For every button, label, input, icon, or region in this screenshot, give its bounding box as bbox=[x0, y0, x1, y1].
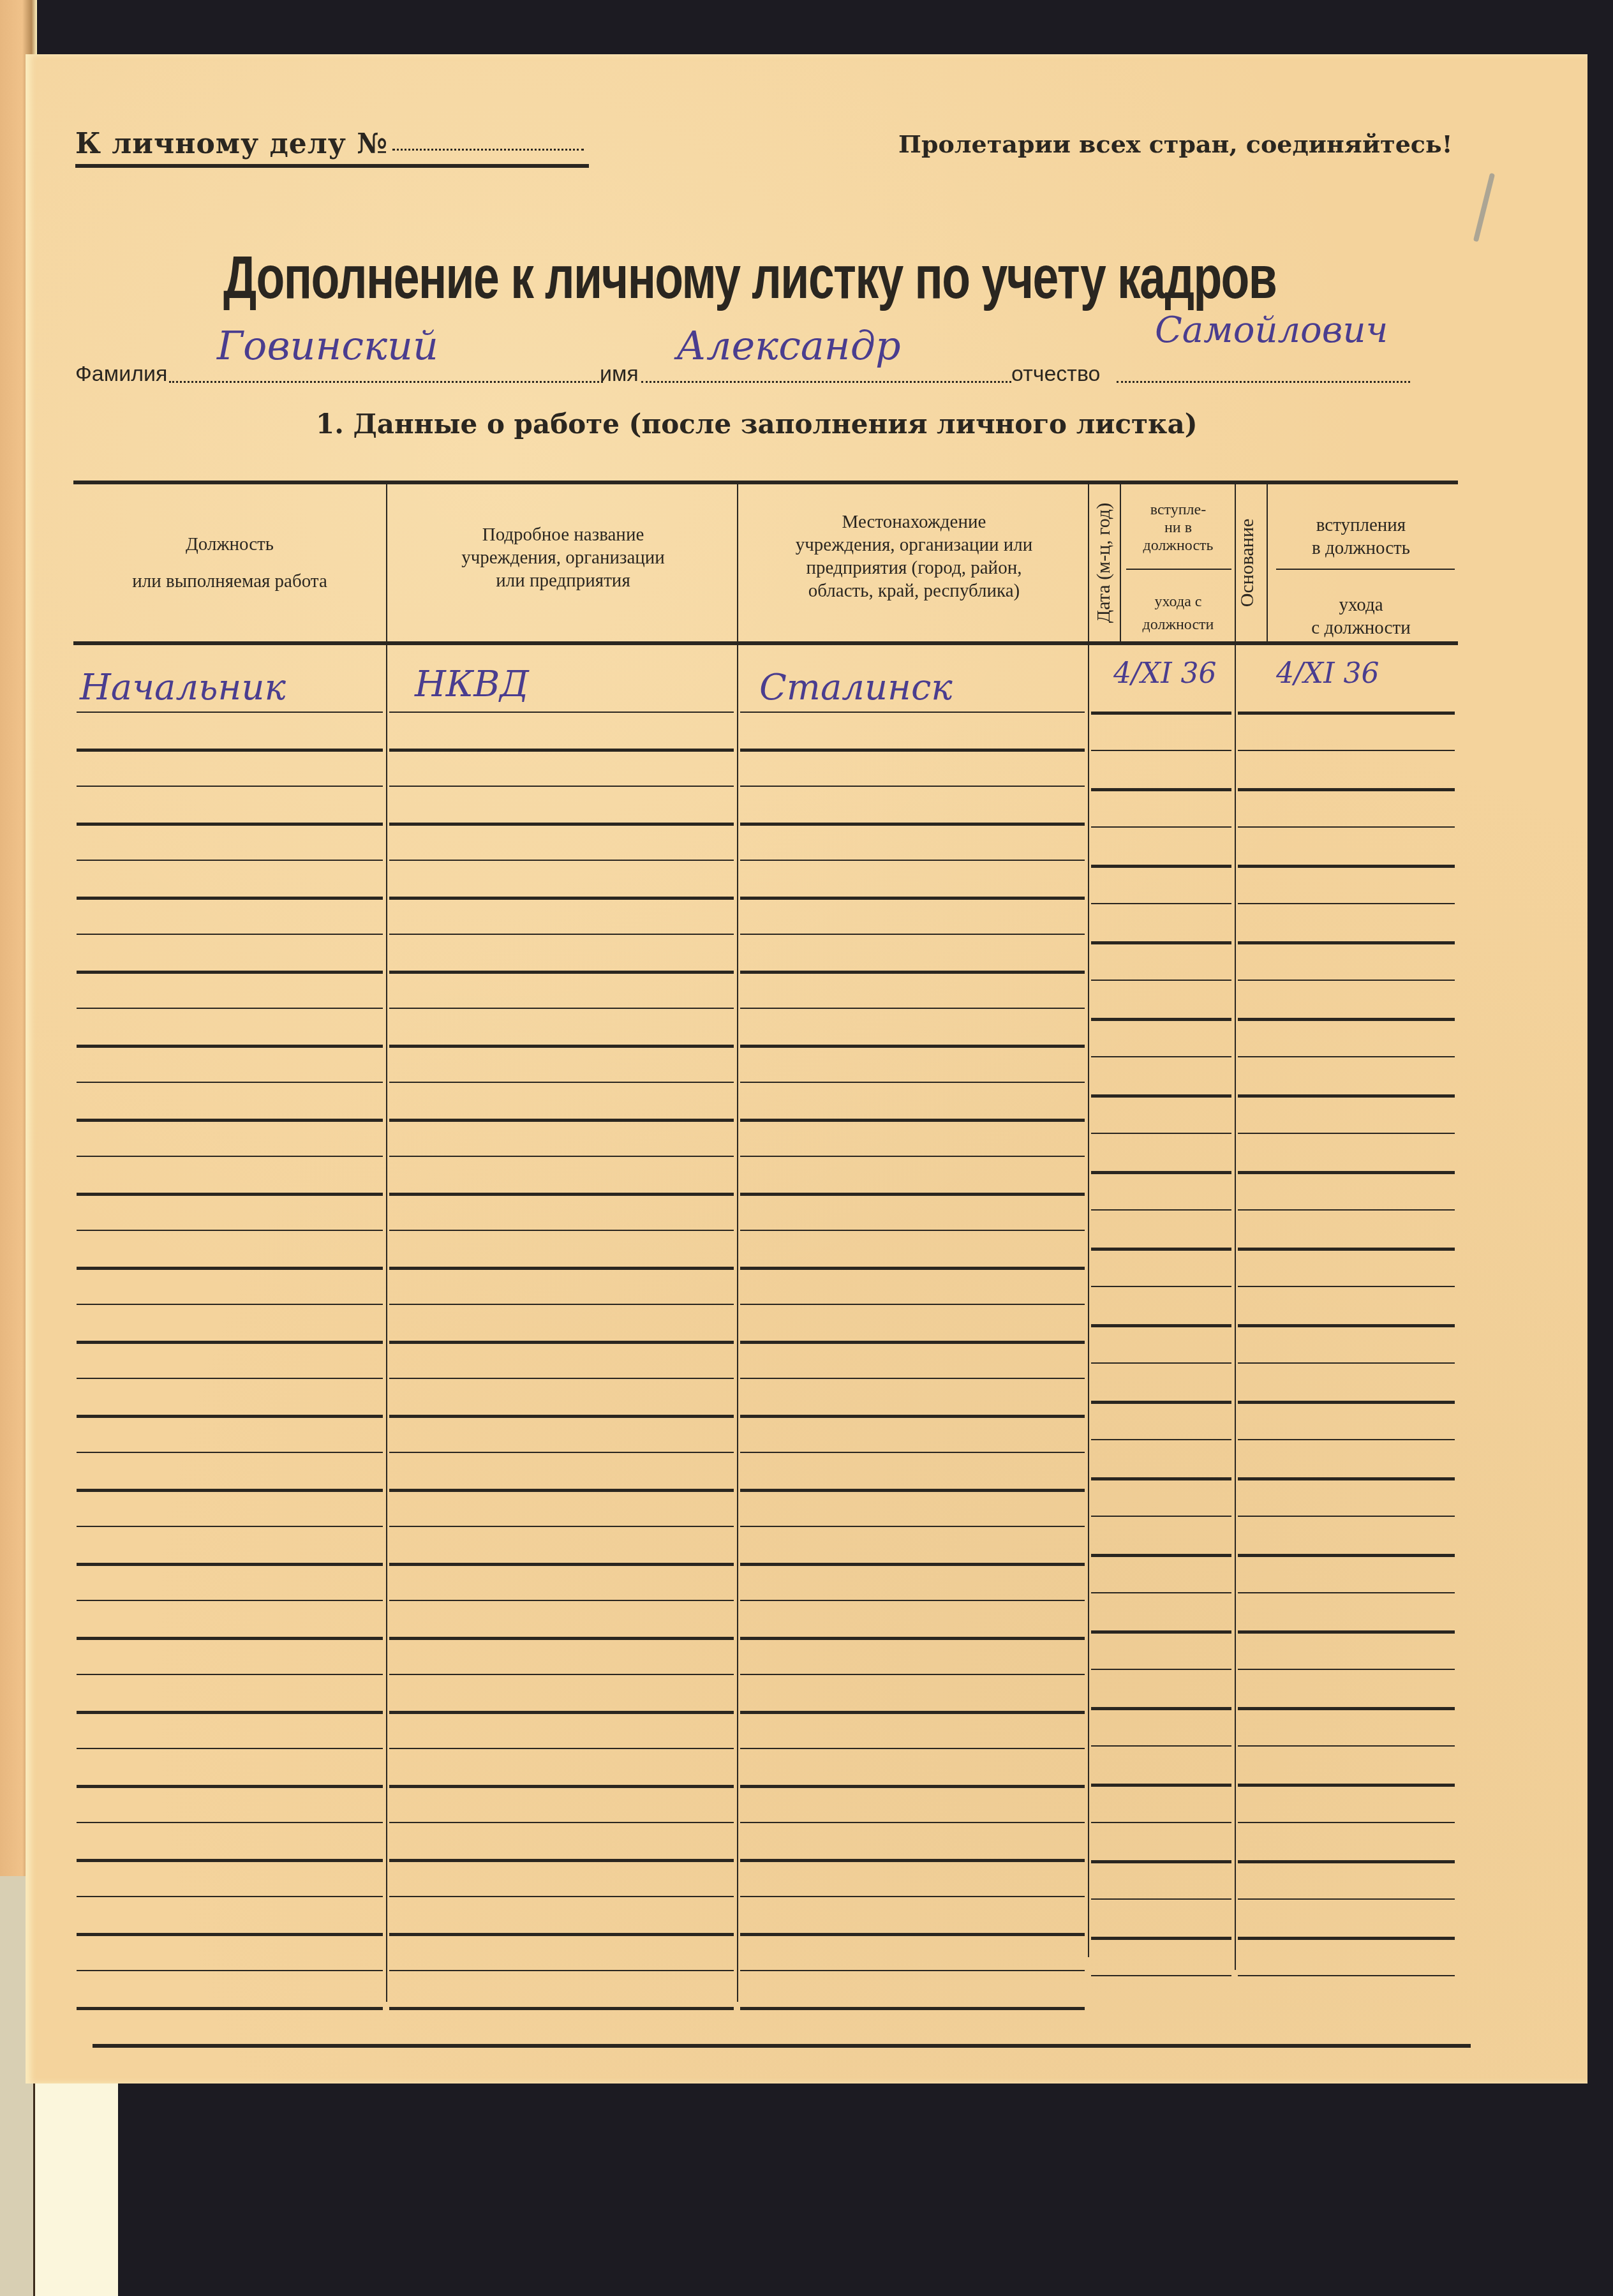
row-line bbox=[740, 1526, 1085, 1527]
row-line bbox=[389, 1378, 734, 1379]
header-date-start: вступле- ни в должность bbox=[1122, 501, 1235, 555]
row-line bbox=[1091, 1822, 1231, 1823]
row-line bbox=[1238, 1745, 1455, 1747]
row-line bbox=[740, 1637, 1085, 1640]
row-line bbox=[1238, 1975, 1455, 1976]
row-line bbox=[77, 1896, 383, 1897]
row1-position[interactable]: Начальник bbox=[80, 667, 286, 708]
header-subdivider bbox=[1276, 569, 1455, 570]
row-line bbox=[1091, 1171, 1231, 1174]
row-line bbox=[389, 1415, 734, 1418]
row-line bbox=[740, 1452, 1085, 1453]
patronymic-field[interactable] bbox=[1117, 381, 1410, 383]
patronymic-label: отчество bbox=[1011, 362, 1101, 387]
row-line bbox=[389, 1156, 734, 1157]
row-line bbox=[389, 1526, 734, 1527]
row-line bbox=[1091, 1592, 1231, 1593]
row-line bbox=[77, 1489, 383, 1492]
row-line bbox=[1238, 1554, 1455, 1557]
row-line bbox=[77, 1674, 383, 1675]
header-date-start-line2: ни в bbox=[1122, 519, 1235, 537]
row-line bbox=[77, 1822, 383, 1823]
row-line bbox=[389, 2007, 734, 2010]
row1-basis-start[interactable]: 4/XI 36 bbox=[1276, 657, 1379, 690]
surname-field[interactable] bbox=[169, 381, 603, 383]
row-line bbox=[740, 1970, 1085, 1971]
row-line bbox=[1091, 1898, 1231, 1900]
row-line bbox=[1091, 1554, 1231, 1557]
row-line bbox=[1238, 1516, 1455, 1517]
row-line bbox=[77, 897, 383, 900]
header-location-line2: учреждения, организации или bbox=[740, 533, 1088, 556]
row-line bbox=[740, 1230, 1085, 1231]
row-line bbox=[740, 1267, 1085, 1270]
header-basis-group: Основание bbox=[1237, 489, 1258, 636]
row-line bbox=[77, 749, 383, 752]
row-line bbox=[1238, 1324, 1455, 1327]
row-line bbox=[1238, 980, 1455, 981]
row-line bbox=[740, 1674, 1085, 1675]
row-line bbox=[1238, 1094, 1455, 1098]
row-line bbox=[1238, 1630, 1455, 1634]
row-line bbox=[77, 1970, 383, 1971]
row-line bbox=[77, 1341, 383, 1344]
table-header-bottom-border bbox=[73, 641, 1458, 645]
row-line bbox=[1238, 1248, 1455, 1251]
header-basis-end-line2: с должности bbox=[1268, 616, 1453, 639]
row-line bbox=[740, 1748, 1085, 1749]
row-line bbox=[740, 786, 1085, 787]
surname-value: Говинский bbox=[217, 322, 438, 369]
row-line bbox=[389, 934, 734, 935]
row-line bbox=[1238, 750, 1455, 751]
header-location: Местонахождение учреждения, организации … bbox=[740, 511, 1088, 602]
row-line bbox=[389, 749, 734, 752]
header-date-group: Дата (м-ц, год) bbox=[1093, 480, 1115, 646]
header-basis-start: вступления в должность bbox=[1268, 514, 1453, 560]
row-line bbox=[740, 823, 1085, 826]
row-line bbox=[740, 1156, 1085, 1157]
header-position-line2: или выполняемая работа bbox=[73, 570, 386, 593]
row-line bbox=[740, 712, 1085, 713]
row-line bbox=[1091, 1248, 1231, 1251]
row-line bbox=[1091, 865, 1231, 868]
row-line bbox=[740, 1600, 1085, 1601]
row-line bbox=[389, 860, 734, 861]
row-line bbox=[77, 1933, 383, 1936]
row-line bbox=[1091, 1630, 1231, 1634]
row1-location[interactable]: Сталинск bbox=[759, 667, 953, 708]
row-line bbox=[1091, 826, 1231, 828]
row-line bbox=[77, 1859, 383, 1862]
header-date-start-line1: вступле- bbox=[1122, 501, 1235, 519]
row-line bbox=[740, 1119, 1085, 1122]
row-line bbox=[1091, 941, 1231, 944]
name-value: Александр bbox=[676, 322, 901, 369]
name-field[interactable] bbox=[641, 381, 1011, 383]
header-date-start-line3: должность bbox=[1122, 537, 1235, 555]
header-organization: Подробное название учреждения, организац… bbox=[389, 523, 737, 592]
case-number-field[interactable] bbox=[392, 149, 584, 151]
row-line bbox=[389, 1748, 734, 1749]
row-line bbox=[1238, 712, 1455, 715]
row-line bbox=[389, 1267, 734, 1270]
header-basis-start-line1: вступления bbox=[1268, 514, 1453, 537]
header-position: Должность или выполняемая работа bbox=[73, 533, 386, 593]
row-line bbox=[740, 934, 1085, 935]
column-divider bbox=[1267, 483, 1268, 643]
row-line bbox=[1091, 1707, 1231, 1710]
row-line bbox=[740, 1378, 1085, 1379]
row-line bbox=[740, 1415, 1085, 1418]
row1-organization[interactable]: НКВД bbox=[415, 664, 529, 705]
header-organization-line1: Подробное название bbox=[389, 523, 737, 546]
section-title: 1. Данные о работе (после заполнения лич… bbox=[316, 408, 1198, 440]
row-line bbox=[740, 1193, 1085, 1196]
row-line bbox=[77, 1415, 383, 1418]
row-line bbox=[389, 1045, 734, 1048]
row-line bbox=[1238, 1171, 1455, 1174]
column-divider bbox=[386, 483, 387, 2002]
column-divider bbox=[1088, 483, 1089, 1957]
row-line bbox=[1238, 1822, 1455, 1823]
row-line bbox=[1091, 980, 1231, 981]
row-line bbox=[1091, 1669, 1231, 1670]
row-line bbox=[1091, 1975, 1231, 1976]
row-line bbox=[77, 1156, 383, 1157]
row-line bbox=[389, 1304, 734, 1305]
row-line bbox=[1091, 1362, 1231, 1364]
row-line bbox=[389, 1082, 734, 1083]
header-date-end-line2: должности bbox=[1122, 613, 1235, 636]
row-line bbox=[1091, 1937, 1231, 1940]
row-line bbox=[389, 971, 734, 974]
row-line bbox=[389, 1674, 734, 1675]
row-line bbox=[1091, 1056, 1231, 1057]
row-line bbox=[1238, 1286, 1455, 1287]
document-page: К личному делу № Пролетарии всех стран, … bbox=[26, 54, 1587, 2084]
row-line bbox=[740, 1341, 1085, 1344]
row-line bbox=[389, 1563, 734, 1566]
header-organization-line2: учреждения, организации bbox=[389, 546, 737, 569]
row-line bbox=[77, 971, 383, 974]
row-line bbox=[1091, 1094, 1231, 1098]
row-line bbox=[1238, 1477, 1455, 1480]
row-line bbox=[740, 1896, 1085, 1897]
row-line bbox=[77, 786, 383, 787]
row-line bbox=[1091, 1860, 1231, 1863]
row-line bbox=[77, 1563, 383, 1566]
row-line bbox=[77, 1526, 383, 1527]
row-line bbox=[389, 1970, 734, 1971]
row-line bbox=[77, 934, 383, 935]
row-line bbox=[1091, 1286, 1231, 1287]
document-title: Дополнение к личному листку по учету кад… bbox=[223, 243, 1276, 312]
row-line bbox=[1091, 750, 1231, 751]
row1-date-start[interactable]: 4/XI 36 bbox=[1113, 657, 1217, 690]
row-line bbox=[77, 1193, 383, 1196]
column-divider bbox=[1120, 483, 1121, 643]
row-line bbox=[77, 1045, 383, 1048]
row-line bbox=[389, 786, 734, 787]
row-line bbox=[1238, 1209, 1455, 1211]
row-line bbox=[77, 1637, 383, 1640]
row-line bbox=[740, 749, 1085, 752]
row-line bbox=[740, 1822, 1085, 1823]
row-line bbox=[740, 1082, 1085, 1083]
row-line bbox=[389, 1600, 734, 1601]
row-line bbox=[389, 1711, 734, 1714]
row-line bbox=[1091, 1018, 1231, 1021]
row-line bbox=[389, 1119, 734, 1122]
header-organization-line3: или предприятия bbox=[389, 569, 737, 592]
row-line bbox=[1091, 1324, 1231, 1327]
row-line bbox=[389, 1230, 734, 1231]
header-date-end-line1: ухода с bbox=[1122, 590, 1235, 613]
row-line bbox=[389, 1193, 734, 1196]
row-line bbox=[1238, 1937, 1455, 1940]
row-line bbox=[77, 1711, 383, 1714]
header-basis-start-line2: в должность bbox=[1268, 537, 1453, 560]
row-line bbox=[77, 1230, 383, 1231]
patronymic-value: Самойлович bbox=[1155, 309, 1388, 351]
row-line bbox=[1238, 1133, 1455, 1134]
row-line bbox=[1091, 788, 1231, 791]
surname-label: Фамилия bbox=[75, 362, 167, 387]
row-line bbox=[1238, 1401, 1455, 1404]
row-line bbox=[740, 971, 1085, 974]
row-line bbox=[389, 1933, 734, 1936]
row-line bbox=[740, 1711, 1085, 1714]
row-line bbox=[77, 1785, 383, 1788]
row-line bbox=[389, 1008, 734, 1009]
row-line bbox=[740, 1304, 1085, 1305]
underlying-sheet bbox=[35, 2080, 118, 2296]
row-line bbox=[740, 2007, 1085, 2010]
row-line bbox=[77, 1378, 383, 1379]
row-line bbox=[740, 1933, 1085, 1936]
row-line bbox=[1091, 1745, 1231, 1747]
row-line bbox=[740, 860, 1085, 861]
row-line bbox=[1238, 1018, 1455, 1021]
row-line bbox=[740, 1045, 1085, 1048]
row-line bbox=[1238, 826, 1455, 828]
row-line bbox=[1238, 1669, 1455, 1670]
row-line bbox=[389, 1341, 734, 1344]
header-location-line1: Местонахождение bbox=[740, 511, 1088, 533]
row-line bbox=[77, 1452, 383, 1453]
row-line bbox=[77, 712, 383, 713]
row-line bbox=[389, 1637, 734, 1640]
name-label: имя bbox=[600, 362, 639, 387]
header-location-line4: область, край, республика) bbox=[740, 579, 1088, 602]
header-location-line3: предприятия (город, район, bbox=[740, 556, 1088, 579]
header-basis-end-line1: ухода bbox=[1268, 593, 1453, 616]
row-line bbox=[1238, 1784, 1455, 1787]
row-line bbox=[389, 897, 734, 900]
row-line bbox=[1238, 788, 1455, 791]
row-line bbox=[77, 1267, 383, 1270]
row-line bbox=[740, 1489, 1085, 1492]
row-line bbox=[389, 1896, 734, 1897]
row-line bbox=[740, 1859, 1085, 1862]
column-divider bbox=[737, 483, 738, 2002]
row-line bbox=[1238, 1707, 1455, 1710]
header-basis-end: ухода с должности bbox=[1268, 593, 1453, 639]
row-line bbox=[1238, 1898, 1455, 1900]
table-top-border bbox=[73, 481, 1458, 484]
row-line bbox=[389, 1785, 734, 1788]
row-line bbox=[1238, 1439, 1455, 1440]
row-line bbox=[77, 1304, 383, 1305]
row-line bbox=[389, 1859, 734, 1862]
row-line bbox=[1091, 1439, 1231, 1440]
row-line bbox=[77, 860, 383, 861]
row-line bbox=[1091, 1516, 1231, 1517]
row-line bbox=[77, 823, 383, 826]
row-line bbox=[389, 1452, 734, 1453]
row-line bbox=[1238, 941, 1455, 944]
row-line bbox=[77, 1008, 383, 1009]
table-bottom-border bbox=[93, 2044, 1471, 2048]
row-line bbox=[1091, 1477, 1231, 1480]
row-line bbox=[740, 897, 1085, 900]
header-subdivider bbox=[1126, 569, 1231, 570]
row-line bbox=[1091, 1401, 1231, 1404]
row-line bbox=[1238, 1362, 1455, 1364]
row-line bbox=[77, 1600, 383, 1601]
row-line bbox=[77, 1082, 383, 1083]
row-line bbox=[740, 1008, 1085, 1009]
row-line bbox=[389, 823, 734, 826]
row-line bbox=[1091, 1784, 1231, 1787]
row-line bbox=[77, 1119, 383, 1122]
row-line bbox=[1238, 865, 1455, 868]
pencil-mark bbox=[1473, 173, 1495, 242]
case-number-underline bbox=[75, 164, 589, 168]
row-line bbox=[740, 1563, 1085, 1566]
case-number-label: К личному делу № bbox=[75, 128, 388, 160]
row-line bbox=[1238, 1592, 1455, 1593]
row-line bbox=[389, 712, 734, 713]
row-line bbox=[1091, 1133, 1231, 1134]
row-line bbox=[1091, 712, 1231, 715]
row-line bbox=[1238, 903, 1455, 904]
row-line bbox=[77, 1748, 383, 1749]
column-divider bbox=[1235, 483, 1236, 1970]
slogan: Пролетарии всех стран, соединяйтесь! bbox=[898, 130, 1452, 158]
row-line bbox=[740, 1785, 1085, 1788]
row-line bbox=[1091, 903, 1231, 904]
row-line bbox=[1238, 1860, 1455, 1863]
row-line bbox=[77, 2007, 383, 2010]
row-line bbox=[389, 1822, 734, 1823]
header-date-end: ухода с должности bbox=[1122, 590, 1235, 636]
row-line bbox=[1091, 1209, 1231, 1211]
row-line bbox=[1238, 1056, 1455, 1057]
row-line bbox=[389, 1489, 734, 1492]
header-position-line1: Должность bbox=[73, 533, 386, 556]
